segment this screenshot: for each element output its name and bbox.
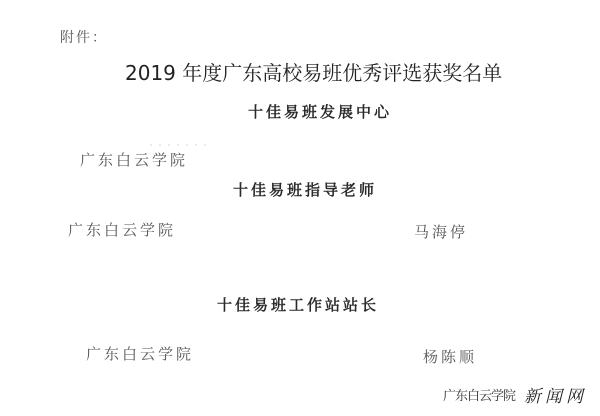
news-watermark: 广东白云学院 新闻网 — [442, 382, 587, 407]
section-heading-development-center: 十佳易班发展中心 — [248, 105, 392, 120]
entry-person: 杨陈顺 — [423, 350, 477, 365]
entry-institution: 广东白云学院 — [68, 223, 176, 238]
watermark-school: 广东白云学院 — [442, 384, 516, 405]
entry-person: 马海停 — [414, 225, 468, 240]
document-title: 2019 年度广东高校易班优秀评选获奖名单 — [125, 63, 502, 83]
scan-speckle — [150, 144, 210, 146]
attachment-label: 附件： — [60, 31, 108, 45]
entry-institution: 广东白云学院 — [80, 153, 188, 168]
watermark-news: 新闻网 — [524, 382, 587, 407]
entry-institution: 广东白云学院 — [86, 347, 194, 362]
section-heading-station-head: 十佳易班工作站站长 — [217, 298, 379, 313]
section-heading-instructor: 十佳易班指导老师 — [233, 183, 377, 198]
